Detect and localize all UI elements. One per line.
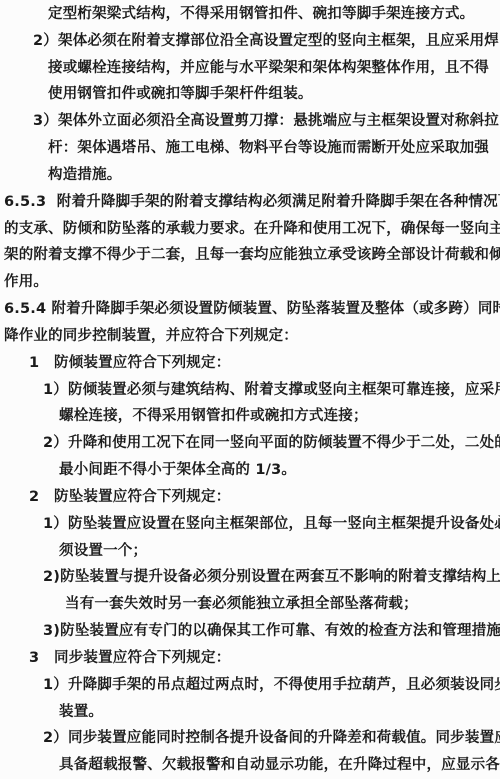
text-line: 螺栓连接，不得采用钢管扣件或碗扣方式连接； [0, 403, 500, 430]
text-line: 装置。 [0, 699, 500, 726]
text-line: 3）架体外立面必须沿全高设置剪刀撑：悬挑端应与主框架设置对称斜拉 [0, 108, 500, 135]
text-line: 具备超载报警、欠载报警和自动显示功能，在升降过程中，应显示各 [0, 752, 500, 779]
text-line: 的支承、防倾和防坠落的承载力要求。在升降和使用工况下，确保每一竖向主框 [0, 216, 500, 243]
text-line: 1）防倾装置必须与建筑结构、附着支撑或竖向主框架可靠连接，应采用 [0, 377, 500, 404]
text-line: 定型桁架梁式结构，不得采用钢管扣件、碗扣等脚手架连接方式。 [0, 1, 500, 28]
text-line: 2）架体必须在附着支撑部位沿全高设置定型的竖向主框架，且应采用焊 [0, 28, 500, 55]
text-line: 作用。 [0, 269, 500, 296]
text-line: 2）同步装置应能同时控制各提升设备间的升降差和荷载值。同步装置应 [0, 725, 500, 752]
text-line: 构造措施。 [0, 162, 500, 189]
text-line: 1）升降脚手架的吊点超过两点时，不得使用手拉葫芦，且必须装设同步 [0, 672, 500, 699]
text-line: 2）升降和使用工况下在同一竖向平面的防倾装置不得少于二处，二处的 [0, 430, 500, 457]
text-line: 3)防坠装置应有专门的以确保其工作可靠、有效的检查方法和管理措施。 [0, 618, 500, 645]
text-line: 6.5.3 附着升降脚手架的附着支撑结构必须满足附着升降脚手架在各种情况下 [0, 189, 500, 216]
document-page: 定型桁架梁式结构，不得采用钢管扣件、碗扣等脚手架连接方式。2）架体必须在附着支撑… [0, 0, 500, 779]
text-line: 最小间距不得小于架体全高的 1/3。 [0, 457, 500, 484]
text-line: 使用钢管扣件或碗扣等脚手架杆件组装。 [0, 81, 500, 108]
text-line: 接或螺栓连接结构，并应能与水平梁架和架体构架整体作用，且不得 [0, 55, 500, 82]
document-body: 定型桁架梁式结构，不得采用钢管扣件、碗扣等脚手架连接方式。2）架体必须在附着支撑… [0, 0, 500, 779]
text-line: 2)防坠装置与提升设备必须分别设置在两套互不影响的附着支撑结构上， [0, 564, 500, 591]
text-line: 6.5.4 附着升降脚手架必须设置防倾装置、防坠落装置及整体（或多跨）同时升 [0, 296, 500, 323]
text-line: 须设置一个； [0, 538, 500, 565]
text-line: 3 同步装置应符合下列规定： [0, 645, 500, 672]
text-line: 当有一套失效时另一套必须能独立承担全部坠落荷载； [0, 591, 500, 618]
text-line: 降作业的同步控制装置，并应符合下列规定： [0, 323, 500, 350]
text-line: 架的附着支撑不得少于二套，且每一套均应能独立承受该跨全部设计荷载和倾覆 [0, 242, 500, 269]
text-line: 1）防坠装置应设置在竖向主框架部位，且每一竖向主框架提升设备处必 [0, 511, 500, 538]
text-line: 2 防坠装置应符合下列规定： [0, 484, 500, 511]
text-line: 杆：架体遇塔吊、施工电梯、物料平台等设施而需断开处应采取加强 [0, 135, 500, 162]
text-line: 1 防倾装置应符合下列规定： [0, 350, 500, 377]
